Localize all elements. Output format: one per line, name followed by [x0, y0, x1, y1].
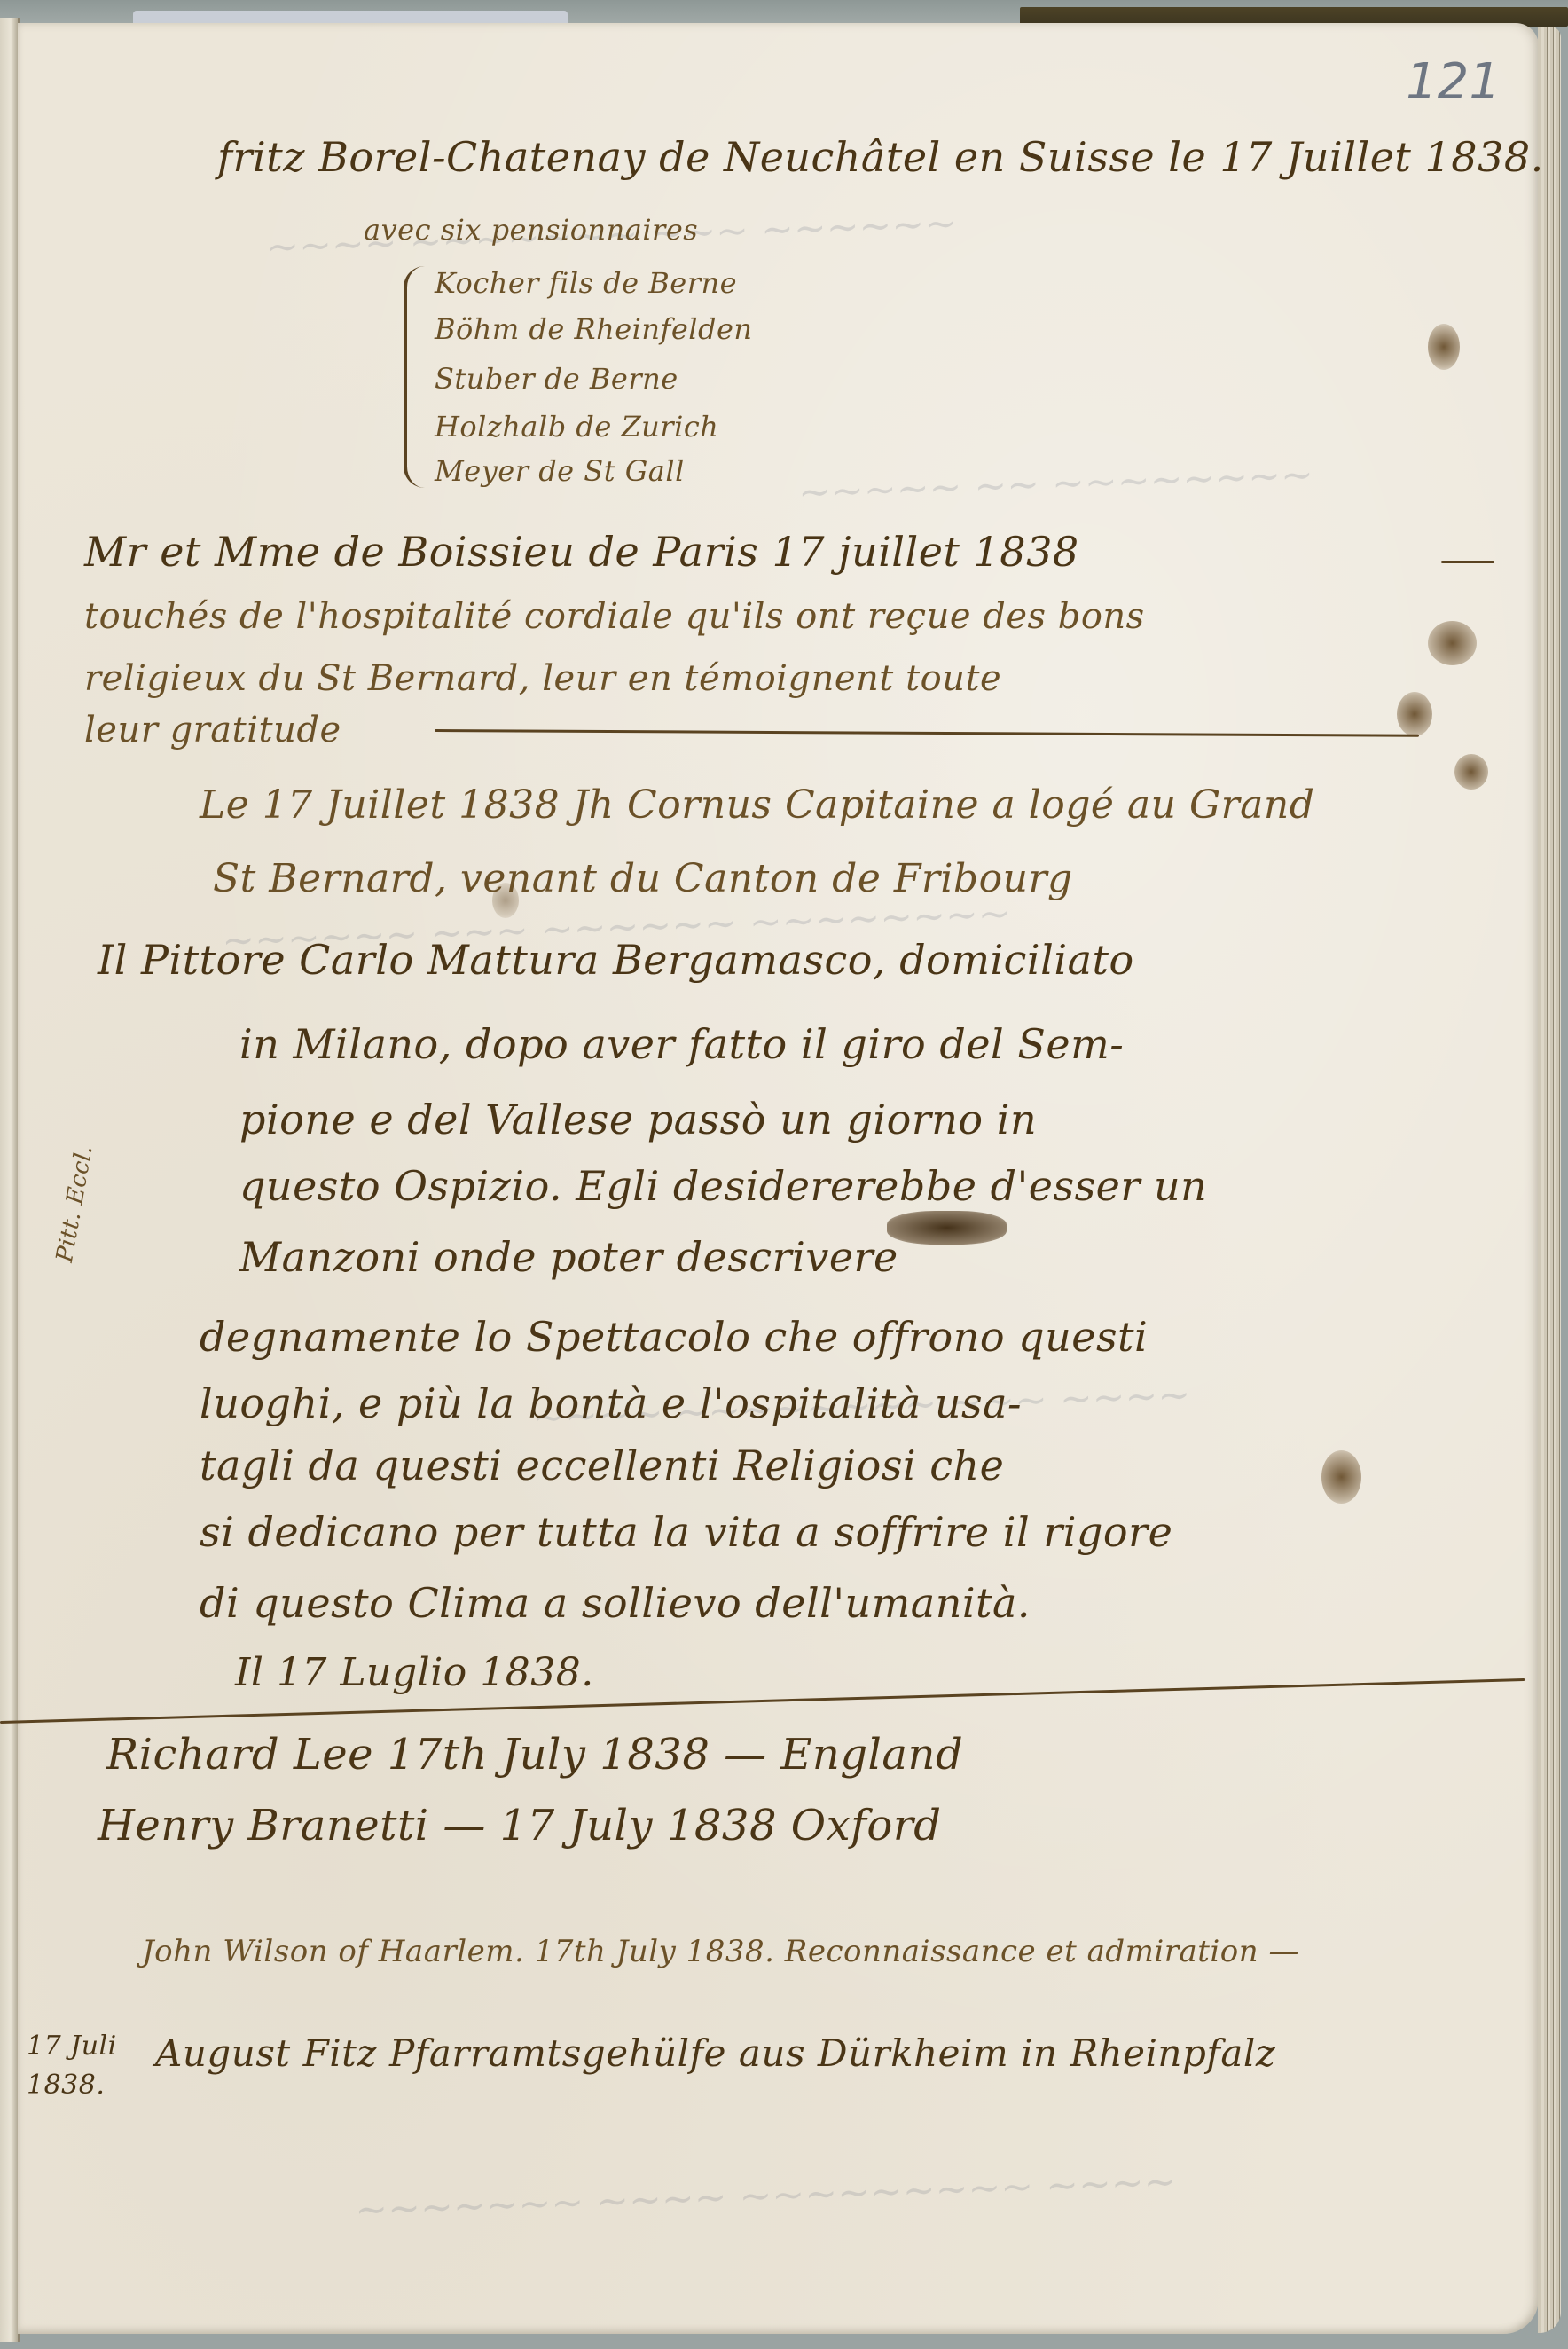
- ink-blot-strikethrough: [887, 1211, 1007, 1245]
- entry-capitaine-line: Le 17 Juillet 1838 Jh Cornus Capitaine a…: [200, 782, 1314, 828]
- ink-stain: [1454, 754, 1488, 790]
- dash-rule: [1441, 561, 1494, 563]
- entry-august-fitz-date: 17 Juli 1838.: [27, 2027, 142, 2105]
- entry-august-fitz: August Fitz Pfarramtsgehülfe aus Dürkhei…: [155, 2031, 1276, 2075]
- pupil-list-item: Böhm de Rheinfelden: [435, 312, 753, 346]
- entry-mattura-line: tagli da questi eccellenti Religiosi che: [200, 1442, 1004, 1489]
- entry-mattura-line: questo Ospizio. Egli desidererebbe d'ess…: [239, 1162, 1207, 1210]
- entry-mattura-line: pione e del Vallese passò un giorno in: [239, 1096, 1037, 1143]
- entry-boissieu-line: leur gratitude: [84, 710, 341, 750]
- pupil-list-item: Holzhalb de Zurich: [435, 410, 718, 444]
- pupil-list-item: Stuber de Berne: [435, 362, 678, 396]
- entry-john-wilson: John Wilson of Haarlem. 17th July 1838. …: [142, 1934, 1299, 1969]
- page-stack-edge: [1538, 27, 1561, 2333]
- entry-borel-subheading: avec six pensionnaires: [364, 213, 698, 247]
- entry-mattura-line: in Milano, dopo aver fatto il giro del S…: [239, 1020, 1124, 1068]
- entry-richard-lee: Richard Lee 17th July 1838 — England: [106, 1730, 963, 1779]
- ink-stain: [1321, 1450, 1361, 1504]
- entry-mattura-line: luoghi, e più la bontà e l'ospitalità us…: [200, 1379, 1022, 1427]
- entry-mattura-line: Manzoni onde poter descrivere: [239, 1233, 898, 1281]
- entry-mattura-line: Il Pittore Carlo Mattura Bergamasco, dom…: [98, 936, 1134, 984]
- ink-stain: [1428, 324, 1460, 370]
- ink-stain: [1397, 692, 1432, 736]
- folio-number: 121: [1406, 53, 1501, 111]
- entry-borel-line: fritz Borel-Chatenay de Neuchâtel en Sui…: [217, 133, 1544, 181]
- entry-mattura-date: Il 17 Luglio 1838.: [235, 1650, 594, 1695]
- entry-mattura-line: degnamente lo Spettacolo che offrono que…: [200, 1313, 1148, 1361]
- entry-mattura-line: di questo Clima a sollievo dell'umanità.: [200, 1579, 1031, 1627]
- pupil-list-item: Kocher fils de Berne: [435, 266, 737, 300]
- pupil-list-item: Meyer de St Gall: [435, 454, 685, 488]
- ink-stain: [1428, 621, 1477, 665]
- entry-henry-branetti: Henry Branetti — 17 July 1838 Oxford: [98, 1801, 942, 1850]
- entry-capitaine-line: St Bernard, venant du Canton de Fribourg: [213, 856, 1073, 901]
- entry-mattura-line: si dedicano per tutta la vita a soffrire…: [200, 1508, 1172, 1556]
- entry-boissieu-line: touchés de l'hospitalité cordiale qu'ils…: [84, 596, 1145, 637]
- list-brace: [404, 266, 425, 488]
- entry-boissieu-line: religieux du St Bernard, leur en témoign…: [84, 658, 1001, 699]
- previous-page-edge: [0, 18, 20, 2342]
- ink-stain: [492, 883, 519, 918]
- entry-boissieu-line: Mr et Mme de Boissieu de Paris 17 juille…: [84, 528, 1079, 576]
